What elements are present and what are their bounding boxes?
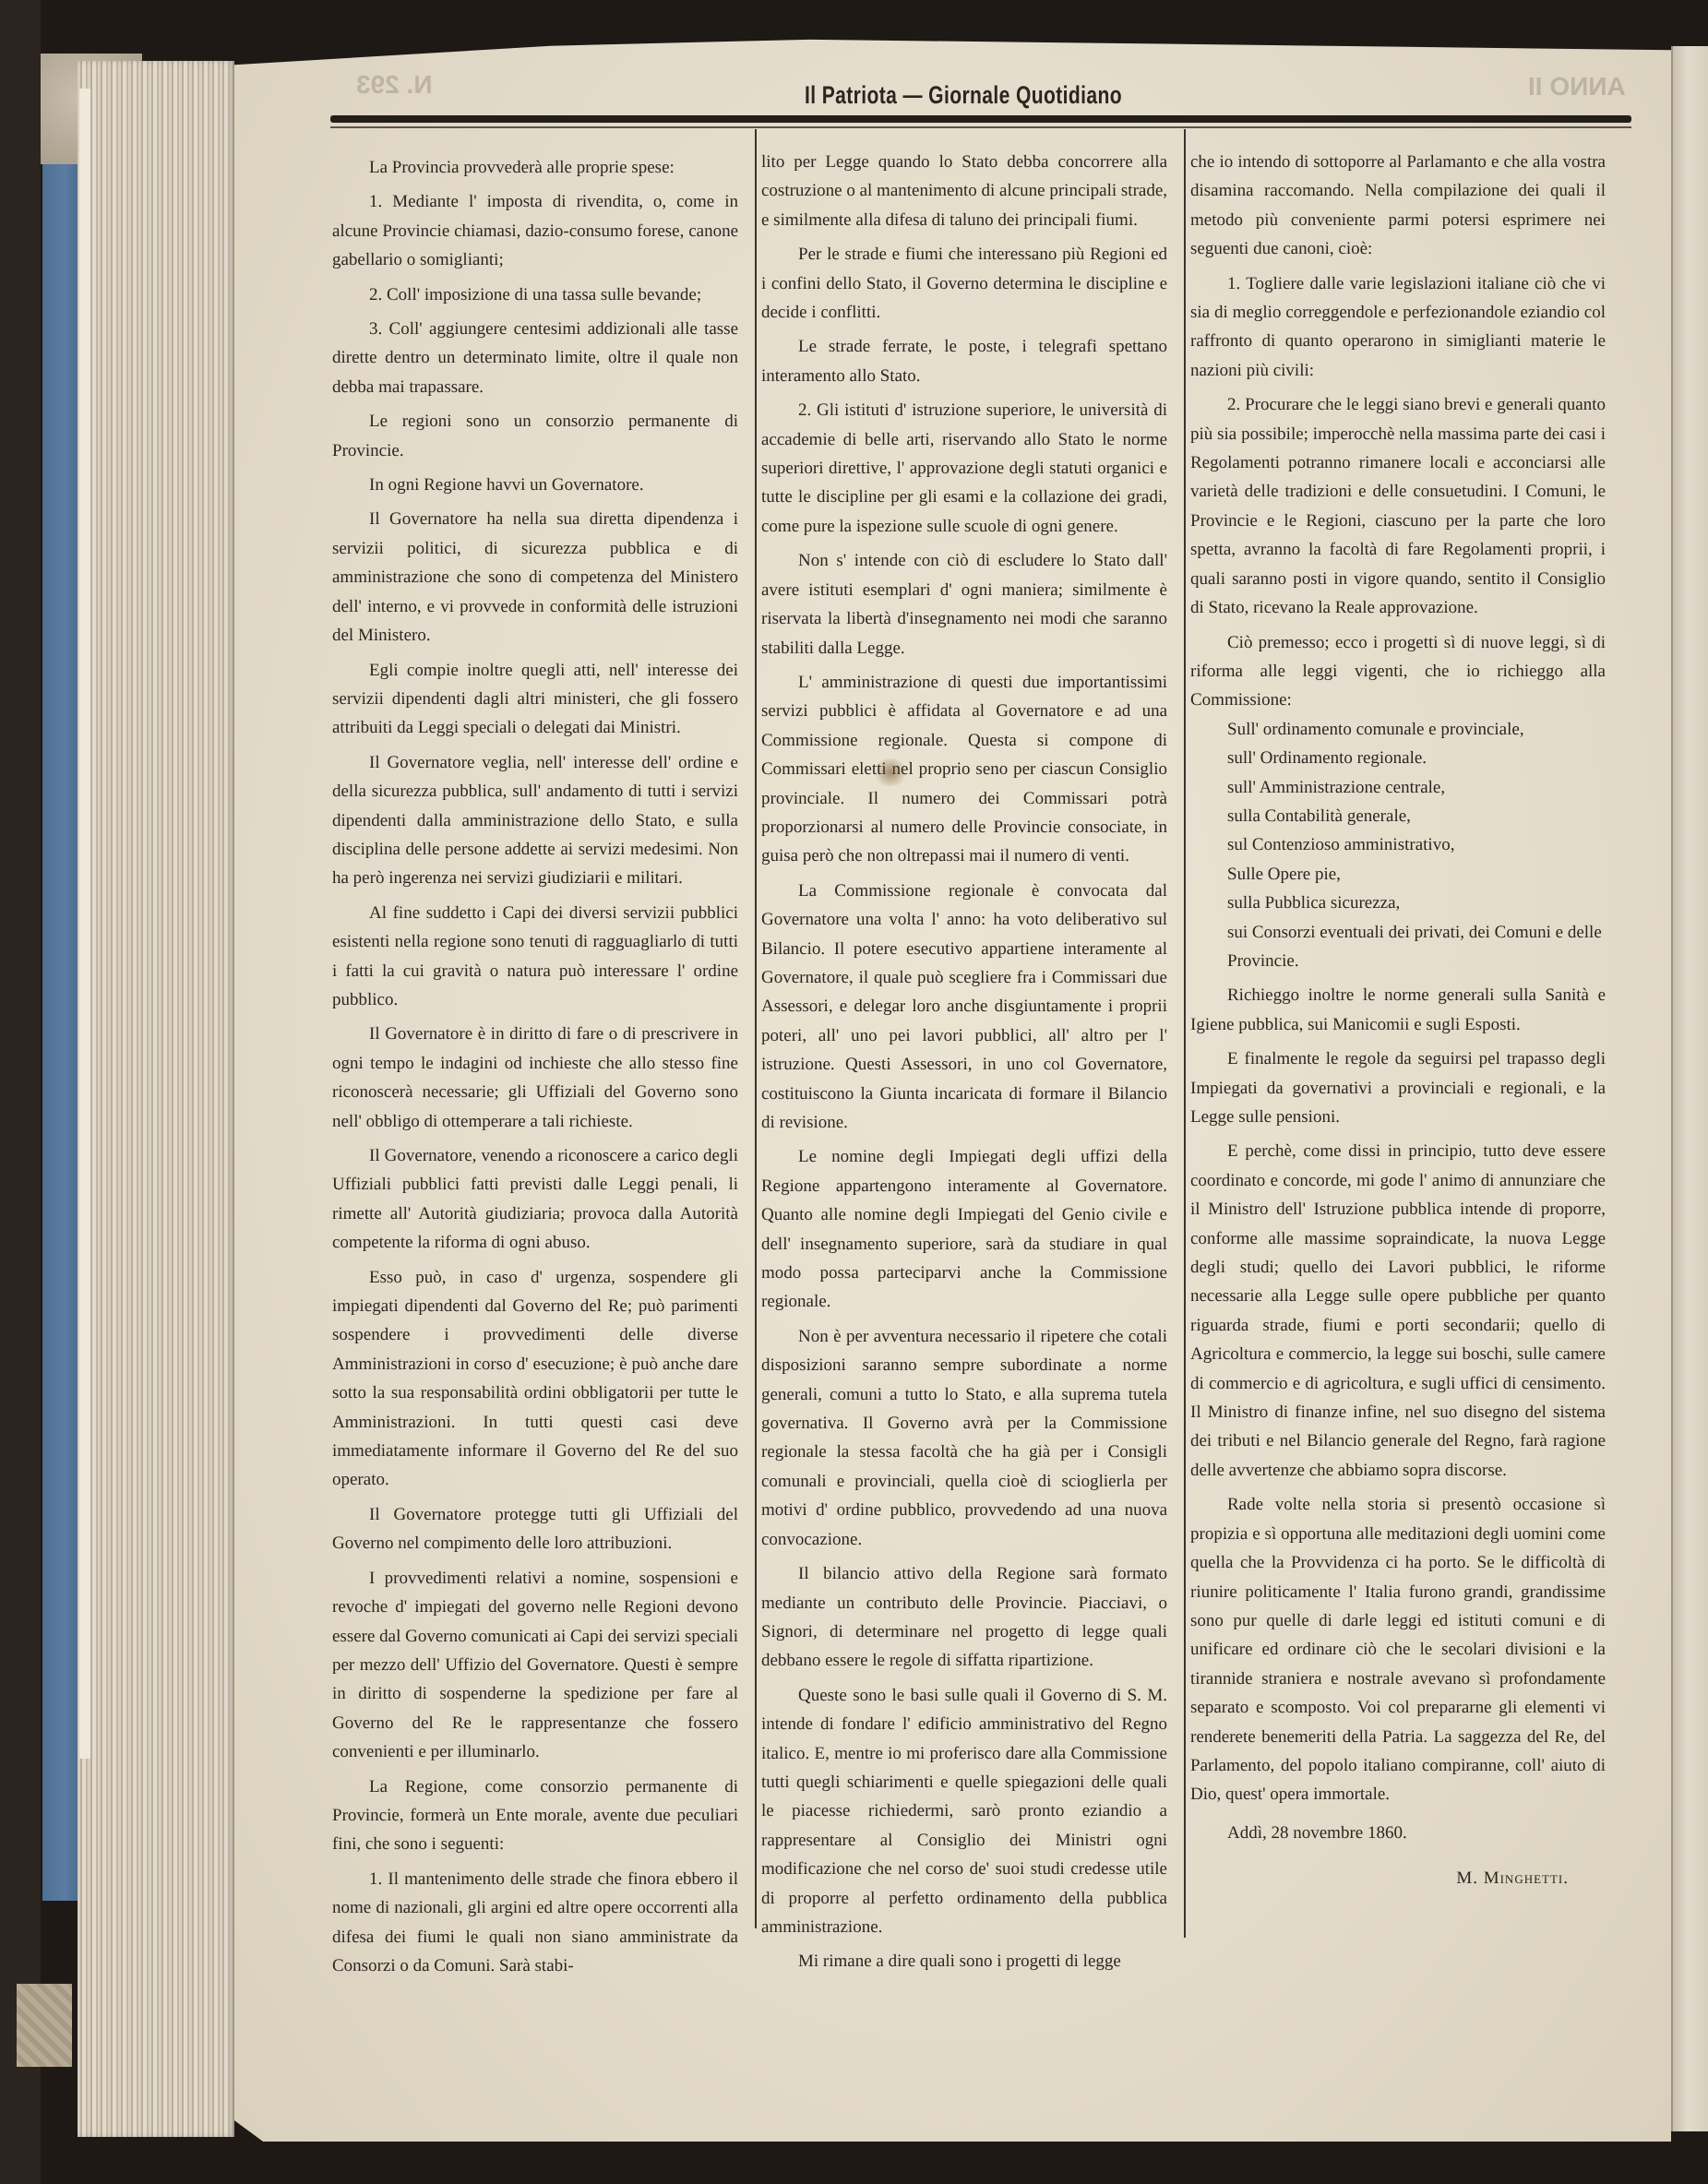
ink-stain [872,758,909,786]
paragraph: Rade volte nella storia si presentò occa… [1190,1490,1606,1808]
dateline: Addì, 28 novembre 1860. [1190,1819,1606,1847]
list-item: Sull' ordinamento comunale e provinciale… [1190,715,1606,744]
paragraph: Il Governatore protegge tutti gli Uffizi… [332,1500,738,1558]
column-divider [1184,129,1186,1938]
paragraph: Le strade ferrate, le poste, i telegrafi… [761,332,1167,390]
paragraph: Non è per avventura necessario il ripete… [761,1322,1167,1554]
bleedthrough-text: ANNO II [1528,72,1626,101]
paragraph: E perchè, come dissi in principio, tutto… [1190,1137,1606,1485]
article-column-3: che io intendo di sottoporre al Parlaman… [1190,148,1606,1893]
paragraph: sui Consorzi eventuali dei privati, dei … [1190,918,1606,976]
page-stack-edge [79,89,90,1759]
paragraph: La Commissione regionale è convocata dal… [761,877,1167,1138]
paragraph: I provvedimenti relativi a nomine, sospe… [332,1564,738,1767]
book-cover-edge [42,55,79,1901]
article-column-2: lito per Legge quando lo Stato debba con… [761,148,1167,1976]
column-divider [755,129,757,1928]
list-item: Sulle Opere pie, [1190,860,1606,889]
next-page-edge [1671,46,1708,2131]
paragraph: Queste sono le basi sulle quali il Gover… [761,1681,1167,1942]
paragraph: Per le strade e fiumi che interessano pi… [761,240,1167,327]
paragraph: Non s' intende con ciò di escludere lo S… [761,546,1167,662]
paragraph: Il Governatore ha nella sua diretta dipe… [332,505,738,650]
paragraph: 2. Procurare che le leggi siano brevi e … [1190,390,1606,622]
paragraph: 2. Coll' imposizione di una tassa sulle … [332,280,738,309]
paragraph: La Regione, come consorzio permanente di… [332,1772,738,1859]
paragraph: E finalmente le regole da seguirsi pel t… [1190,1044,1606,1131]
paragraph: che io intendo di sottoporre al Parlaman… [1190,148,1606,264]
paragraph: Il bilancio attivo della Regione sarà fo… [761,1559,1167,1676]
paragraph: Mi rimane a dire quali sono i progetti d… [761,1947,1167,1975]
header-rule-thin [330,126,1631,128]
list-item: sull' Amministrazione centrale, [1190,773,1606,802]
paragraph: lito per Legge quando lo Stato debba con… [761,148,1167,234]
paragraph: L' amministrazione di questi due importa… [761,668,1167,871]
page-header: N. 293 Il Patriota — Giornale Quotidiano… [330,81,1641,118]
book-cover-corner [17,1984,72,2067]
paragraph: Le nomine degli Impiegati degli uffizi d… [761,1142,1167,1316]
paragraph: Ciò premesso; ecco i progetti sì di nuov… [1190,628,1606,715]
paragraph: Egli compie inoltre quegli atti, nell' i… [332,656,738,743]
paragraph: 2. Gli istituti d' istruzione superiore,… [761,396,1167,541]
paragraph: Esso può, in caso d' urgenza, sospendere… [332,1263,738,1495]
paragraph: Il Governatore veglia, nell' interesse d… [332,748,738,893]
paragraph: Il Governatore è in diritto di fare o di… [332,1020,738,1136]
list-item: sull' Ordinamento regionale. [1190,744,1606,772]
paragraph: Le regioni sono un consorzio permanente … [332,407,738,465]
signature: M. Minghetti. [1190,1864,1606,1892]
paragraph: Richieggo inoltre le norme generali sull… [1190,981,1606,1039]
paragraph: 1. Mediante l' imposta di rivendita, o, … [332,187,738,274]
paragraph: La Provincia provvederà alle proprie spe… [332,153,738,182]
paragraph: Il Governatore, venendo a riconoscere a … [332,1141,738,1258]
paragraph: 1. Il mantenimento delle strade che fino… [332,1865,738,1981]
paragraph: Al fine suddetto i Capi dei diversi serv… [332,899,738,1015]
list-item: sul Contenzioso amministrativo, [1190,830,1606,859]
list-item: sulla Pubblica sicurezza, [1190,889,1606,917]
header-rule [330,115,1631,123]
list-item: sulla Contabilità generale, [1190,802,1606,830]
paragraph: 1. Togliere dalle varie legislazioni ita… [1190,269,1606,386]
paragraph: 3. Coll' aggiungere centesimi addizional… [332,315,738,401]
paragraph: In ogni Regione havvi un Governatore. [332,471,738,499]
page-stack-edge [78,61,234,2137]
bleedthrough-text: N. 293 [356,70,433,100]
article-column-1: La Provincia provvederà alle proprie spe… [332,148,738,1980]
scanner-backdrop [0,0,41,2184]
masthead-title: Il Patriota — Giornale Quotidiano [805,81,1122,110]
